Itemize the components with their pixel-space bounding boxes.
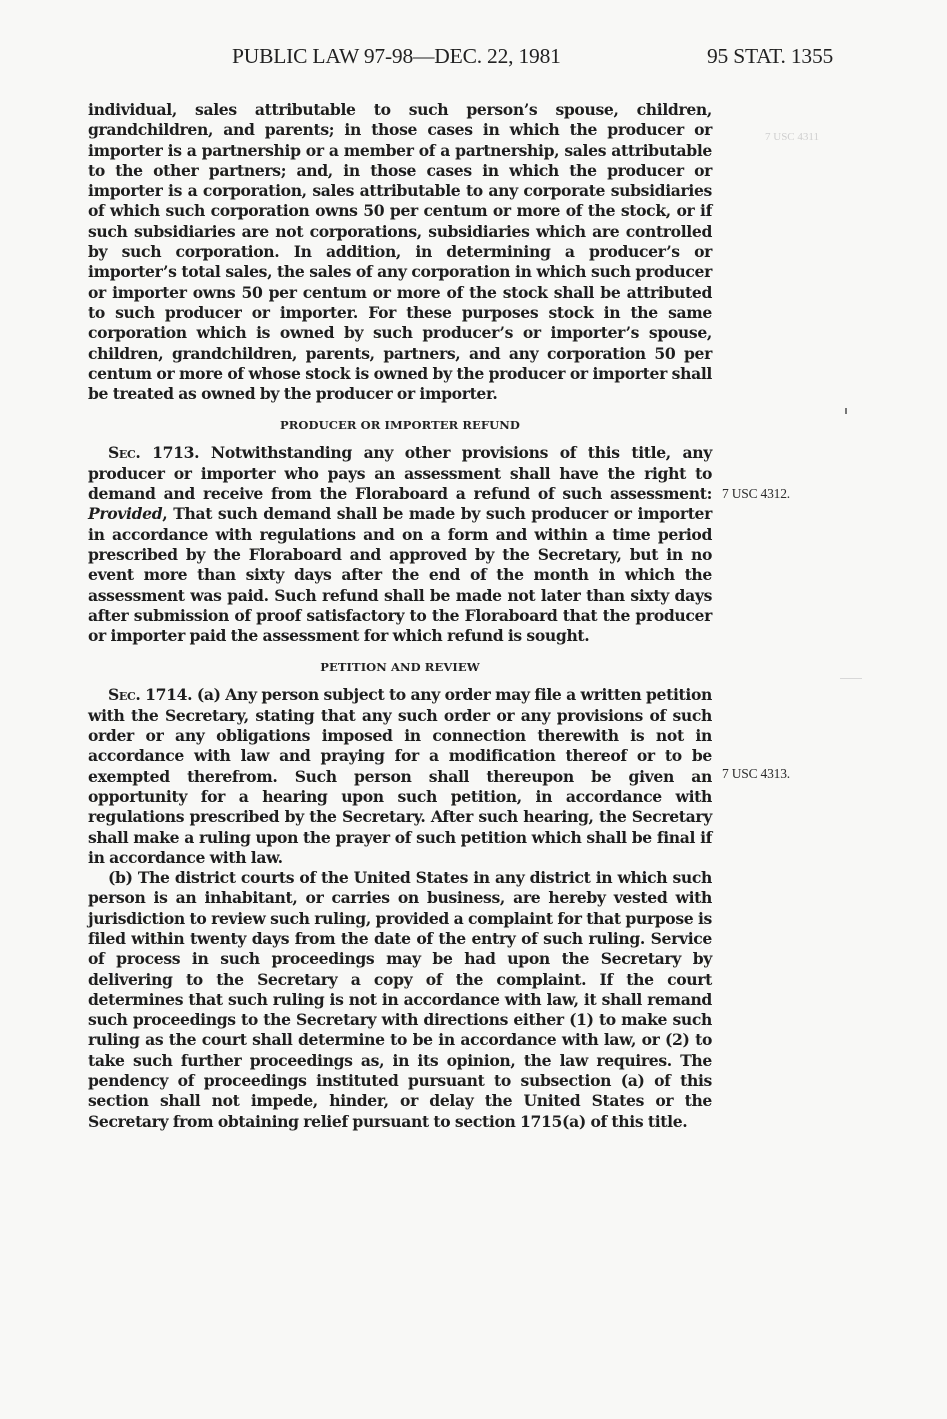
section-heading-refund: PRODUCER OR IMPORTER REFUND [88, 418, 712, 432]
margin-tick-mark [845, 408, 847, 414]
section-1714-b: (b) The district courts of the United St… [88, 868, 712, 1132]
document-page: PUBLIC LAW 97-98—DEC. 22, 1981 95 STAT. … [0, 0, 947, 1419]
continued-paragraph: individual, sales attributable to such p… [88, 100, 712, 404]
subsection-a-text: (a) Any person subject to any order may … [88, 685, 712, 866]
section-label: Sec. [108, 685, 140, 704]
section-1713: Sec. 1713. Notwithstanding any other pro… [88, 443, 712, 646]
proviso-italic: Provided [88, 504, 162, 523]
show-through-margin-note: 7 USC 4311 [765, 131, 819, 143]
section-number: 1714. [140, 685, 196, 704]
section-heading-petition: PETITION AND REVIEW [88, 660, 712, 674]
margin-dash-mark [840, 678, 862, 679]
running-header: PUBLIC LAW 97-98—DEC. 22, 1981 95 STAT. … [0, 44, 947, 74]
margin-note-usc-4313: 7 USC 4313. [722, 766, 790, 782]
margin-note-usc-4312: 7 USC 4312. [722, 486, 790, 502]
header-title: PUBLIC LAW 97-98—DEC. 22, 1981 [232, 44, 561, 69]
section-number: 1713. [140, 443, 210, 462]
section-1714-a: Sec. 1714. (a) Any person subject to any… [88, 685, 712, 868]
section-text-continued: , That such demand shall be made by such… [88, 504, 712, 645]
section-label: Sec. [108, 443, 140, 462]
stat-page-number: 95 STAT. 1355 [707, 44, 833, 69]
body-text: individual, sales attributable to such p… [88, 100, 712, 1132]
